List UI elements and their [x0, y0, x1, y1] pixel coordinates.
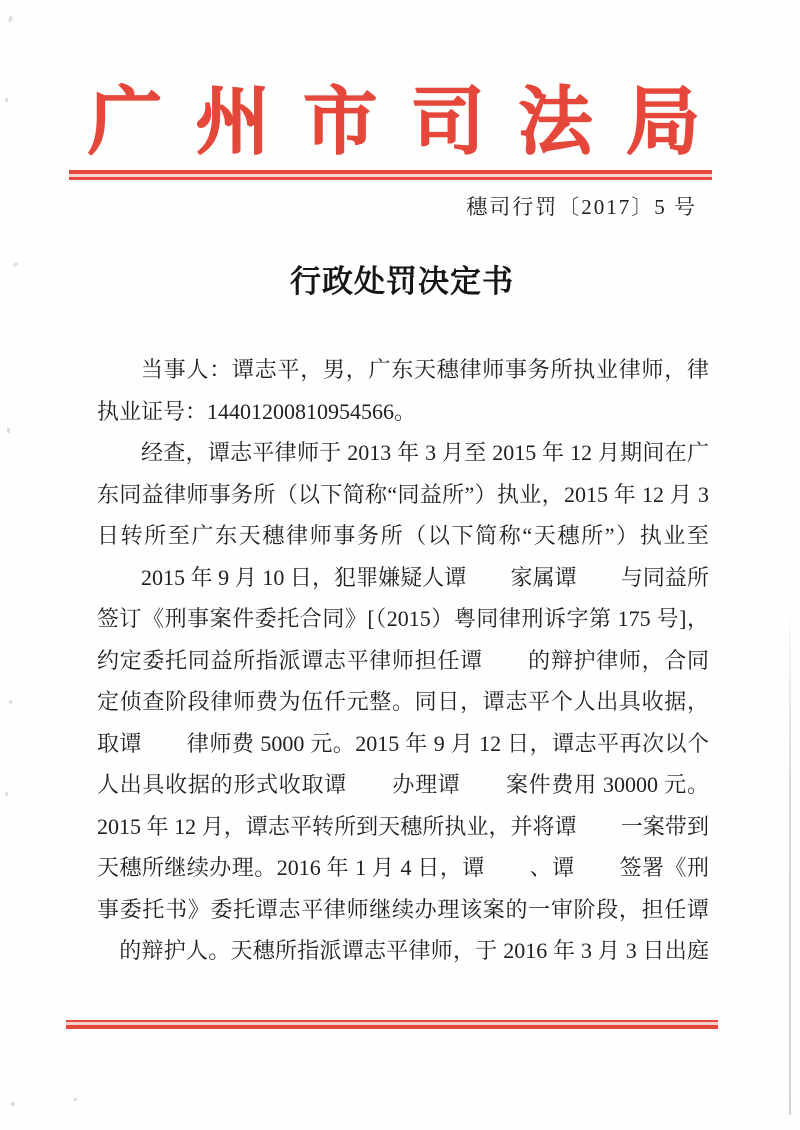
- body-line: 事委托书》委托谭志平律师继续办理该案的一审阶段，担任谭: [97, 889, 709, 931]
- scan-artifact: [74, 1098, 77, 1101]
- body-line: 执业证号：14401200810954566。: [97, 391, 709, 433]
- scan-edge-line: [789, 600, 791, 1115]
- body-line: 的辩护人。天穗所指派谭志平律师，于 2016 年 3 月 3 日出庭: [97, 930, 709, 972]
- scan-artifact: [11, 1102, 15, 1106]
- body-line: 定侦查阶段律师费为伍仟元整。同日，谭志平个人出具收据，收: [97, 681, 709, 723]
- scan-artifact: [8, 700, 13, 705]
- body-line: 2015 年 9 月 10 日，犯罪嫌疑人谭 家属谭 与同益所: [97, 557, 709, 599]
- body-line: 日转所至广东天穗律师事务所（以下简称“天穗所”）执业至今。: [97, 515, 709, 557]
- body-line: 约定委托同益所指派谭志平律师担任谭 的辩护律师，合同约: [97, 640, 709, 682]
- scan-artifact: [8, 16, 13, 23]
- body-line: 人出具收据的形式收取谭 办理谭 案件费用 30000 元。: [97, 764, 709, 806]
- scan-artifact: [5, 98, 8, 102]
- footer-red-rule: [66, 1020, 718, 1029]
- scan-artifact: [7, 428, 10, 433]
- doc-number: 穗司行罚〔2017〕5 号: [466, 194, 697, 220]
- document-body: 当事人：谭志平，男，广东天穗律师事务所执业律师，律师 执业证号：14401200…: [97, 349, 709, 972]
- scan-artifact: [5, 792, 8, 796]
- header-red-rule: [69, 170, 712, 180]
- agency-title: 广 州 市 司 法 局: [88, 82, 700, 164]
- body-line: 签订《刑事案件委托合同》[（2015）粤同律刑诉字第 175 号]，: [97, 598, 709, 640]
- scan-artifact: [13, 262, 19, 267]
- body-line: 天穗所继续办理。2016 年 1 月 4 日，谭 、谭 签署《刑: [97, 847, 709, 889]
- body-line: 当事人：谭志平，男，广东天穗律师事务所执业律师，律师: [97, 349, 709, 391]
- body-line: 取谭 律师费 5000 元。2015 年 9 月 12 日，谭志平再次以个: [97, 723, 709, 765]
- body-line: 东同益律师事务所（以下简称“同益所”）执业，2015 年 12 月 3: [97, 474, 709, 516]
- document-title: 行政处罚决定书: [96, 264, 708, 300]
- body-line: 2015 年 12 月，谭志平转所到天穗所执业，并将谭 一案带到: [97, 806, 709, 848]
- document-page: 广 州 市 司 法 局 穗司行罚〔2017〕5 号 行政处罚决定书 当事人：谭志…: [0, 0, 800, 1130]
- body-line: 经查，谭志平律师于 2013 年 3 月至 2015 年 12 月期间在广: [97, 432, 709, 474]
